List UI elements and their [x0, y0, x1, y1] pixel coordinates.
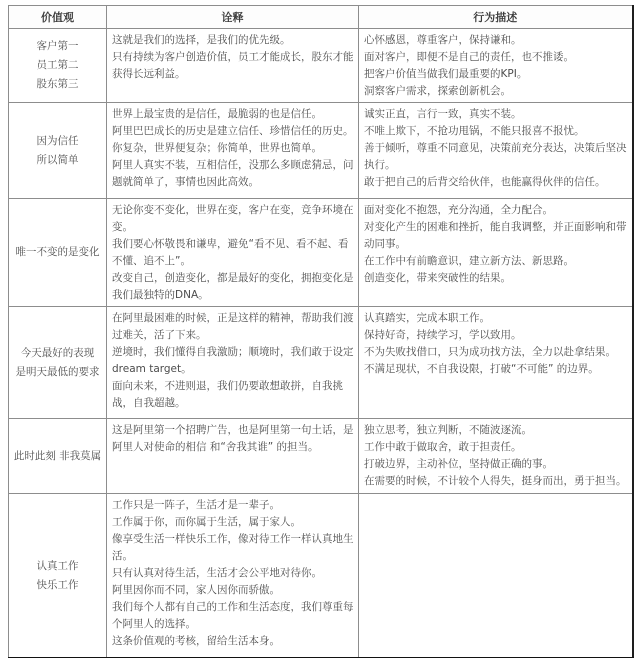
behavior-cell: 认真踏实，完成本职工作。保持好奇，持续学习，学以致用。不为失败找借口，只为成功找… — [359, 307, 633, 419]
text-line: 洞察客户需求，探索创新机会。 — [364, 83, 629, 100]
value-row-2: 因为信任所以简单世界上最宝贵的是信任，最脆弱的也是信任。阿里巴巴成长的历史是建立… — [9, 103, 633, 199]
text-line: 不满足现状，不自我设限，打破“不可能” 的边界。 — [364, 361, 629, 378]
value-row-6: 认真工作快乐工作工作只是一阵子，生活才是一辈子。工作属于你，而你属于生活，属于家… — [9, 494, 633, 658]
text-line: 活。 — [112, 548, 355, 565]
text-line: 对变化产生的困难和挫折，能自我调整，并正面影响和带 — [364, 219, 629, 236]
values-cell: 因为信任所以简单 — [9, 103, 107, 199]
text-line: 面对变化不抱怨，充分沟通，全力配合。 — [364, 202, 629, 219]
values-cell: 认真工作快乐工作 — [9, 494, 107, 658]
text-line: 认真踏实，完成本职工作。 — [364, 310, 629, 327]
behavior-cell — [359, 494, 633, 658]
interpretation-cell: 在阿里最困难的时候，正是这样的精神，帮助我们渡过难关，活了下来。逆境时，我们懂得… — [107, 307, 359, 419]
interpretation-cell: 工作只是一阵子，生活才是一辈子。工作属于你，而你属于生活，属于家人。像享受生活一… — [107, 494, 359, 658]
page: 价值观 诠释 行为描述 客户第一员工第二股东第三这就是我们的选择，是我们的优先级… — [0, 0, 638, 658]
text-line: 工作中敢于做取舍，敢于担责任。 — [364, 439, 629, 456]
text-line: 阿里人真实不装，互相信任，没那么多顾虑猜忌，问 — [112, 157, 355, 174]
text-line: 只有持续为客户创造价值，员工才能成长，股东才能 — [112, 49, 355, 66]
text-line: 我们每个人都有自己的工作和生活态度，我们尊重每 — [112, 599, 355, 616]
text-line: 敢于把自己的后背交给伙伴，也能赢得伙伴的信任。 — [364, 174, 629, 191]
values-table: 价值观 诠释 行为描述 客户第一员工第二股东第三这就是我们的选择，是我们的优先级… — [8, 5, 634, 658]
value-row-3: 唯一不变的是变化无论你变不变化，世界在变，客户在变，竞争环境在变。我们要心怀敬畏… — [9, 199, 633, 307]
header-row: 价值观 诠释 行为描述 — [9, 6, 633, 29]
table-body: 客户第一员工第二股东第三这就是我们的选择，是我们的优先级。只有持续为客户创造价值… — [9, 29, 633, 658]
values-cell: 今天最好的表现是明天最低的要求 — [9, 307, 107, 419]
text-line: 阿里巴巴成长的历史是建立信任、珍惜信任的历史。 — [112, 123, 355, 140]
text-line: 快乐工作 — [11, 576, 104, 595]
value-row-5: 此时此刻 非我莫属这是阿里第一个招聘广告，也是阿里第一句土话，是阿里人对使命的相… — [9, 419, 633, 494]
text-line: 心怀感恩，尊重客户，保持谦和。 — [364, 32, 629, 49]
text-line: 独立思考，独立判断，不随波逐流。 — [364, 422, 629, 439]
behavior-cell: 独立思考，独立判断，不随波逐流。工作中敢于做取舍，敢于担责任。打破边界，主动补位… — [359, 419, 633, 494]
text-line: 所以简单 — [11, 151, 104, 170]
text-line: 像享受生活一样快乐工作，像对待工作一样认真地生 — [112, 531, 355, 548]
behavior-cell: 诚实正直，言行一致，真实不装。不唯上欺下，不抢功甩锅，不能只报喜不报忧。善于倾听… — [359, 103, 633, 199]
text-line: 逆境时，我们懂得自我激励；顺境时，我们敢于设定 — [112, 344, 355, 361]
text-line: 保持好奇，持续学习，学以致用。 — [364, 327, 629, 344]
text-line: 工作只是一阵子，生活才是一辈子。 — [112, 497, 355, 514]
text-line: 不唯上欺下，不抢功甩锅，不能只报喜不报忧。 — [364, 123, 629, 140]
column-header-interpretation: 诠释 — [107, 6, 359, 29]
text-line: 不为失败找借口，只为成功找方法，全力以赴拿结果。 — [364, 344, 629, 361]
text-line: 这就是我们的选择，是我们的优先级。 — [112, 32, 355, 49]
values-cell: 此时此刻 非我莫属 — [9, 419, 107, 494]
text-line: 只有认真对待生活，生活才会公平地对待你。 — [112, 565, 355, 582]
text-line: 工作属于你，而你属于生活，属于家人。 — [112, 514, 355, 531]
text-line: 面对客户，即便不是自己的责任，也不推诿。 — [364, 49, 629, 66]
behavior-cell: 心怀感恩，尊重客户，保持谦和。面对客户，即便不是自己的责任，也不推诿。把客户价值… — [359, 29, 633, 103]
text-line: 无论你变不变化，世界在变，客户在变，竞争环境在 — [112, 202, 355, 219]
text-line: 这是阿里第一个招聘广告，也是阿里第一句土话，是 — [112, 422, 355, 439]
text-line: 世界上最宝贵的是信任，最脆弱的也是信任。 — [112, 106, 355, 123]
interpretation-cell: 世界上最宝贵的是信任，最脆弱的也是信任。阿里巴巴成长的历史是建立信任、珍惜信任的… — [107, 103, 359, 199]
text-line: 获得长远利益。 — [112, 66, 355, 83]
text-line: 在工作中有前瞻意识，建立新方法、新思路。 — [364, 253, 629, 270]
text-line: 股东第三 — [11, 75, 104, 94]
text-line: 在阿里最困难的时候，正是这样的精神，帮助我们渡 — [112, 310, 355, 327]
text-line: 此时此刻 非我莫属 — [11, 447, 104, 466]
text-line: 阿里人对使命的相信 和“舍我其谁” 的担当。 — [112, 439, 355, 456]
text-line: 这条价值观的考核，留给生活本身。 — [112, 633, 355, 650]
text-line: 今天最好的表现 — [11, 344, 104, 363]
text-line: 阿里因你而不同，家人因你而骄傲。 — [112, 582, 355, 599]
interpretation-cell: 无论你变不变化，世界在变，客户在变，竞争环境在变。我们要心怀敬畏和谦卑，避免“看… — [107, 199, 359, 307]
text-line: 面向未来，不进则退，我们仍要敢想敢拼，自我挑 — [112, 378, 355, 395]
text-line: 过难关，活了下来。 — [112, 327, 355, 344]
text-line: dream target。 — [112, 361, 355, 378]
values-cell: 唯一不变的是变化 — [9, 199, 107, 307]
text-line: 战，自我超越。 — [112, 395, 355, 412]
text-line: 客户第一 — [11, 37, 104, 56]
value-row-4: 今天最好的表现是明天最低的要求在阿里最困难的时候，正是这样的精神，帮助我们渡过难… — [9, 307, 633, 419]
text-line: 因为信任 — [11, 132, 104, 151]
behavior-cell: 面对变化不抱怨，充分沟通，全力配合。对变化产生的困难和挫折，能自我调整，并正面影… — [359, 199, 633, 307]
text-line: 善于倾听，尊重不同意见，决策前充分表达，决策后坚决 — [364, 140, 629, 157]
value-row-1: 客户第一员工第二股东第三这就是我们的选择，是我们的优先级。只有持续为客户创造价值… — [9, 29, 633, 103]
text-line: 我们最独特的DNA。 — [112, 287, 355, 304]
text-line: 不懂、追不上”。 — [112, 253, 355, 270]
text-line: 变。 — [112, 219, 355, 236]
text-line: 动同事。 — [364, 236, 629, 253]
interpretation-cell: 这是阿里第一个招聘广告，也是阿里第一句土话，是阿里人对使命的相信 和“舍我其谁”… — [107, 419, 359, 494]
text-line: 你复杂，世界便复杂；你简单，世界也简单。 — [112, 140, 355, 157]
text-line: 个阿里人的选择。 — [112, 616, 355, 633]
text-line: 把客户价值当做我们最重要的KPI。 — [364, 66, 629, 83]
text-line: 认真工作 — [11, 557, 104, 576]
text-line: 是明天最低的要求 — [11, 363, 104, 382]
text-line: 执行。 — [364, 157, 629, 174]
text-line: 唯一不变的是变化 — [11, 243, 104, 262]
text-line: 改变自己，创造变化，都是最好的变化，拥抱变化是 — [112, 270, 355, 287]
interpretation-cell: 这就是我们的选择，是我们的优先级。只有持续为客户创造价值，员工才能成长，股东才能… — [107, 29, 359, 103]
text-line: 我们要心怀敬畏和谦卑，避免“看不见、看不起、看 — [112, 236, 355, 253]
column-header-behavior: 行为描述 — [359, 6, 633, 29]
text-line: 诚实正直，言行一致，真实不装。 — [364, 106, 629, 123]
text-line: 员工第二 — [11, 56, 104, 75]
text-line: 创造变化，带来突破性的结果。 — [364, 270, 629, 287]
text-line: 题就简单了，事情也因此高效。 — [112, 174, 355, 191]
text-line: 在需要的时候，不计较个人得失，挺身而出，勇于担当。 — [364, 473, 629, 490]
values-cell: 客户第一员工第二股东第三 — [9, 29, 107, 103]
text-line: 打破边界，主动补位，坚持做正确的事。 — [364, 456, 629, 473]
column-header-values: 价值观 — [9, 6, 107, 29]
